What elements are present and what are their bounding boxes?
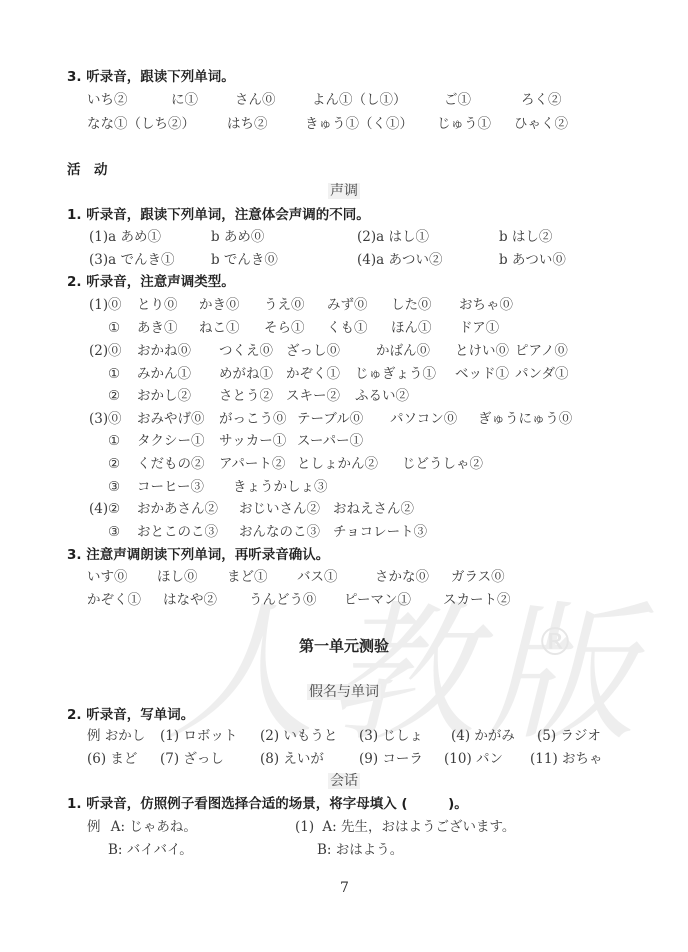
word: パンダ① — [515, 365, 568, 383]
word: b でんき⓪ — [211, 251, 278, 269]
tone-mark: ⓪ — [108, 410, 122, 428]
word: チョコレート③ — [333, 523, 427, 541]
word: b あつい⓪ — [499, 251, 566, 269]
example-line-a: A: じゃあね。 — [111, 819, 197, 835]
word: よん①（し①） — [312, 91, 407, 109]
tone-mark: ③ — [108, 523, 120, 541]
word: あき① — [137, 319, 178, 337]
word: まど① — [227, 568, 268, 586]
tone-mark: ⓪ — [108, 342, 122, 360]
word: じどうしゃ② — [402, 455, 483, 473]
activity-q3-heading: 3. 注意声调朗读下列单词，再听录音确认。 — [67, 546, 329, 564]
word: ほん① — [391, 319, 432, 337]
word: はなや② — [163, 591, 217, 609]
word: おかし② — [137, 387, 191, 405]
word: がっこう⓪ — [219, 410, 287, 428]
word: さかな⓪ — [375, 568, 429, 586]
section-a-heading: 3. 听录音，跟读下列单词。 — [67, 68, 235, 86]
tone-mark: ① — [108, 365, 120, 383]
word: b はし② — [499, 228, 552, 246]
tone-mark: ② — [108, 500, 120, 518]
word: おみやげ⓪ — [137, 410, 205, 428]
word: コーヒー③ — [137, 478, 204, 496]
word: ねこ① — [199, 319, 240, 337]
word: はち② — [227, 115, 268, 133]
word: した⓪ — [391, 296, 432, 314]
word: (7) ざっし — [160, 750, 224, 768]
activity-subtitle: 声调 — [0, 182, 688, 200]
conv-subtitle-row: 会话 — [0, 772, 688, 790]
word: (1) ロボット — [160, 727, 237, 745]
word: じゅう① — [437, 115, 491, 133]
page-number: 7 — [340, 880, 349, 896]
word: おかあさん② — [137, 500, 218, 518]
word: なな①（しち②） — [87, 115, 195, 133]
word: ふるい② — [355, 387, 409, 405]
word: (6) まど — [87, 750, 137, 768]
word: サッカー① — [219, 432, 286, 450]
word: (8) えいが — [260, 750, 324, 768]
word: (9) コーラ — [359, 750, 423, 768]
group-label: (3) — [89, 410, 108, 428]
word: おちゃ⓪ — [459, 296, 513, 314]
word: アパート② — [219, 455, 285, 473]
word: くだもの② — [137, 455, 205, 473]
word: (1)a あめ① — [89, 228, 161, 246]
word: ざっし⓪ — [286, 342, 340, 360]
word: くも① — [327, 319, 368, 337]
word: ガラス⓪ — [451, 568, 505, 586]
word: おじいさん② — [239, 500, 320, 518]
conv-item1-a: (1) A: 先生，おはようございます。 — [295, 818, 515, 836]
word: いち② — [87, 91, 128, 109]
word: じゅぎょう① — [355, 365, 436, 383]
word: おかね⓪ — [137, 342, 191, 360]
word: ピアノ⓪ — [515, 342, 568, 360]
word: みかん① — [137, 365, 191, 383]
tone-mark: ⓪ — [108, 296, 122, 314]
word: とり⓪ — [137, 296, 178, 314]
word: そら① — [264, 319, 305, 337]
word: 例 おかし — [87, 727, 145, 745]
tone-mark: ② — [108, 455, 120, 473]
word: とけい⓪ — [455, 342, 509, 360]
conversation-subtitle: 会话 — [328, 773, 360, 789]
word: かき⓪ — [199, 296, 240, 314]
word: みず⓪ — [327, 296, 368, 314]
word: スカート② — [443, 591, 511, 609]
word: (2)a はし① — [357, 228, 429, 246]
word: (3) じしょ — [359, 727, 423, 745]
word: b あめ⓪ — [211, 228, 264, 246]
word: かぞく① — [286, 365, 340, 383]
conv-example-b: B: バイバイ。 — [108, 841, 193, 859]
word: ほし⓪ — [157, 568, 198, 586]
group-label: (1) — [89, 296, 108, 314]
word: かばん⓪ — [376, 342, 430, 360]
word: ろく② — [521, 91, 562, 109]
word: つくえ⓪ — [219, 342, 273, 360]
word: ぎゅうにゅう⓪ — [478, 410, 572, 428]
group-label: (2) — [89, 342, 108, 360]
kana-subtitle-row: 假名与单词 — [0, 683, 688, 701]
kana-subtitle: 假名与单词 — [307, 684, 381, 700]
word: めがね① — [219, 365, 273, 383]
item1-label: (1) — [295, 819, 314, 835]
word: タクシー① — [137, 432, 205, 450]
activity-q2-heading: 2. 听录音，注意声调类型。 — [67, 273, 235, 291]
word: かぞく① — [87, 591, 141, 609]
word: (5) ラジオ — [537, 727, 601, 745]
test-q2-heading: 2. 听录音，写单词。 — [67, 706, 194, 724]
tone-subtitle: 声调 — [328, 183, 360, 199]
conv-example-a: 例 A: じゃあね。 — [87, 818, 197, 836]
word: スキー② — [286, 387, 340, 405]
example-label: 例 — [87, 819, 101, 835]
word: きょうかしょ③ — [233, 478, 328, 496]
word: (3)a でんき① — [89, 251, 174, 269]
word: テーブル⓪ — [297, 410, 363, 428]
tone-mark: ① — [108, 319, 120, 337]
word: きゅう①（く①） — [305, 115, 413, 133]
tone-mark: ② — [108, 387, 120, 405]
word: ベッド① — [455, 365, 509, 383]
item1-line-a: A: 先生，おはようございます。 — [322, 819, 515, 835]
word: パソコン⓪ — [390, 410, 457, 428]
word: バス① — [297, 568, 338, 586]
tone-mark: ① — [108, 432, 120, 450]
word: (11) おちゃ — [530, 750, 603, 768]
textbook-page: 人教版 ® 3. 听录音，跟读下列单词。 いち② に① さん⓪ よん①（し①） … — [0, 0, 688, 952]
conv-item1-b: B: おはよう。 — [317, 841, 403, 859]
word: (10) パン — [444, 750, 503, 768]
word: としょかん② — [297, 455, 378, 473]
word: おとこのこ③ — [137, 523, 218, 541]
word: ひゃく② — [514, 115, 568, 133]
word: に① — [171, 91, 198, 109]
word: スーパー① — [297, 432, 363, 450]
word: おんなのこ③ — [239, 523, 320, 541]
activity-label: 活 动 — [67, 161, 108, 179]
word: ドア① — [459, 319, 499, 337]
word: (2) いもうと — [260, 727, 337, 745]
word: うえ⓪ — [264, 296, 305, 314]
word: ご① — [444, 91, 471, 109]
word: いす⓪ — [87, 568, 128, 586]
group-label: (4) — [89, 500, 108, 518]
tone-mark: ③ — [108, 478, 120, 496]
word: ピーマン① — [344, 591, 411, 609]
word: (4)a あつい② — [357, 251, 442, 269]
word: さとう② — [219, 387, 273, 405]
test-q1-heading: 1. 听录音，仿照例子看图选择合适的场景，将字母填入 ( )。 — [67, 795, 468, 813]
word: おねえさん② — [333, 500, 414, 518]
word: さん⓪ — [235, 91, 276, 109]
word: うんどう⓪ — [249, 591, 317, 609]
activity-q1-heading: 1. 听录音，跟读下列单词，注意体会声调的不同。 — [67, 206, 370, 224]
unit-test-title: 第一单元测验 — [0, 637, 688, 655]
word: (4) かがみ — [451, 727, 515, 745]
